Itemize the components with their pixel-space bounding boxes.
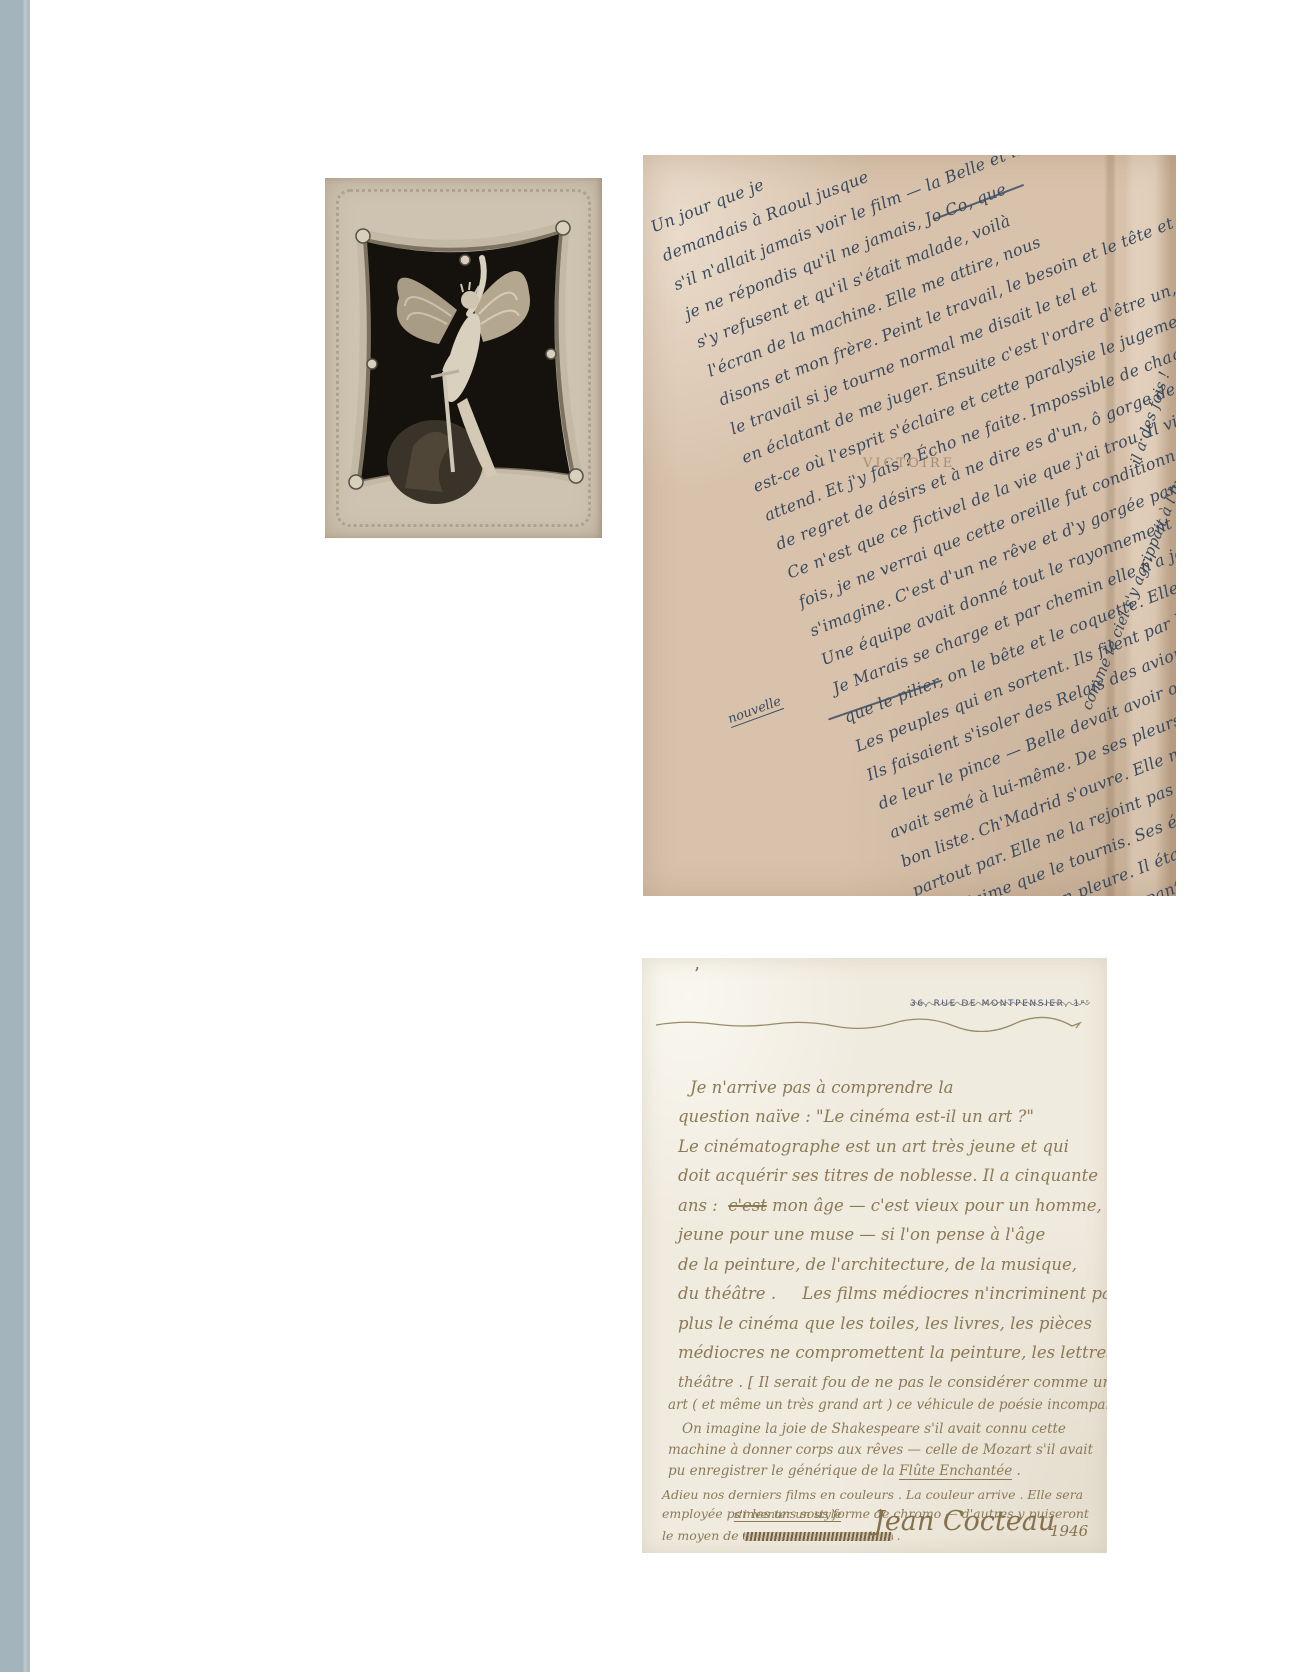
printed-letterhead: 36, RUE DE MONTPENSIER, 1ᵉʳ [910, 999, 1090, 1009]
line-text: art ( et même un très grand art ) ce véh… [668, 1397, 1107, 1413]
line-text: médiocres ne compromettent la peinture, … [678, 1343, 1107, 1362]
letter-page-montpensier: ’ 36, RUE DE MONTPENSIER, 1ᵉʳ Je n'arriv… [642, 958, 1107, 1553]
handdrawn-rule [654, 1016, 1099, 1032]
line-text: On imagine la joie de Shakespeare s'il a… [682, 1421, 1066, 1437]
line-text: ans : [678, 1196, 728, 1215]
letter-line: pu enregistrer le générique de la Flûte … [642, 1458, 1107, 1484]
letter-line: ans : c'est mon âge — c'est vieux pour u… [642, 1193, 1107, 1219]
line-text: théâtre . [ Il serait fou de ne pas le c… [678, 1373, 1107, 1391]
inserted-word: nouvelle [726, 694, 784, 728]
letter-line: doit acquérir ses titres de noblesse. Il… [642, 1163, 1107, 1189]
letter-line: Le cinématographe est un art très jeune … [642, 1134, 1107, 1160]
line-text: Le cinématographe est un art très jeune … [678, 1137, 1069, 1156]
line-text: mon âge — c'est vieux pour un homme, [767, 1196, 1102, 1215]
letter-line: médiocres ne compromettent la peinture, … [642, 1340, 1107, 1366]
line-text: Je n'arrive pas à comprendre la [690, 1078, 953, 1097]
line-text: pu enregistrer le générique de la [668, 1463, 899, 1479]
letter-line: Je n'arrive pas à comprendre la [642, 1075, 1107, 1101]
line-text: Adieu nos derniers films en couleurs . L… [662, 1487, 1083, 1502]
left-accent-bar [0, 0, 30, 1672]
manuscript-page-victoire: VICTOIRE Un jour que jedemandais à Raoul… [643, 155, 1176, 896]
letter-line: question naïve : "Le cinéma est-il un ar… [642, 1104, 1107, 1130]
interlinear-insertion: s'inventer un style [734, 1507, 841, 1522]
line-text: plus le cinéma que les toiles, les livre… [678, 1314, 1092, 1333]
signature-jean-cocteau: Jean Cocteau [874, 1506, 1055, 1537]
line-text: machine à donner corps aux rêves — celle… [668, 1442, 1093, 1458]
scribbled-out-words [743, 1532, 893, 1541]
photo-card-victoire: ····· [325, 178, 602, 538]
letter-line: du théâtre . Les films médiocres n'incri… [642, 1281, 1107, 1307]
line-text: question naïve : "Le cinéma est-il un ar… [678, 1107, 1034, 1126]
winged-victory-photo [325, 178, 602, 538]
crossed-out-word: c'est [728, 1196, 767, 1215]
line-text: jeune pour une muse — si l'on pense à l'… [678, 1225, 1045, 1244]
diagonal-handwriting-block: Un jour que jedemandais à Raoul jusques'… [643, 155, 1176, 896]
line-text: . [1012, 1463, 1021, 1479]
line-text: de la peinture, de l'architecture, de la… [678, 1255, 1077, 1274]
catalog-page: { "colors": { "accent_bar": "#a6b6be", "… [0, 0, 1301, 1672]
line-text: du théâtre . Les films médiocres n'incri… [678, 1284, 1107, 1303]
letter-line: plus le cinéma que les toiles, les livre… [642, 1311, 1107, 1337]
letter-line: art ( et même un très grand art ) ce véh… [642, 1392, 1107, 1418]
artist-signature: ····· [369, 236, 382, 242]
stray-pen-mark: ’ [694, 964, 700, 985]
line-text: doit acquérir ses titres de noblesse. Il… [678, 1166, 1098, 1185]
letter-line: jeune pour une muse — si l'on pense à l'… [642, 1222, 1107, 1248]
line-text: le moyen de [662, 1528, 743, 1543]
letter-line: de la peinture, de l'architecture, de la… [642, 1252, 1107, 1278]
head [461, 291, 479, 309]
signature-year: 1946 [1050, 1522, 1088, 1540]
underlined-title: Flûte Enchantée [899, 1463, 1012, 1480]
